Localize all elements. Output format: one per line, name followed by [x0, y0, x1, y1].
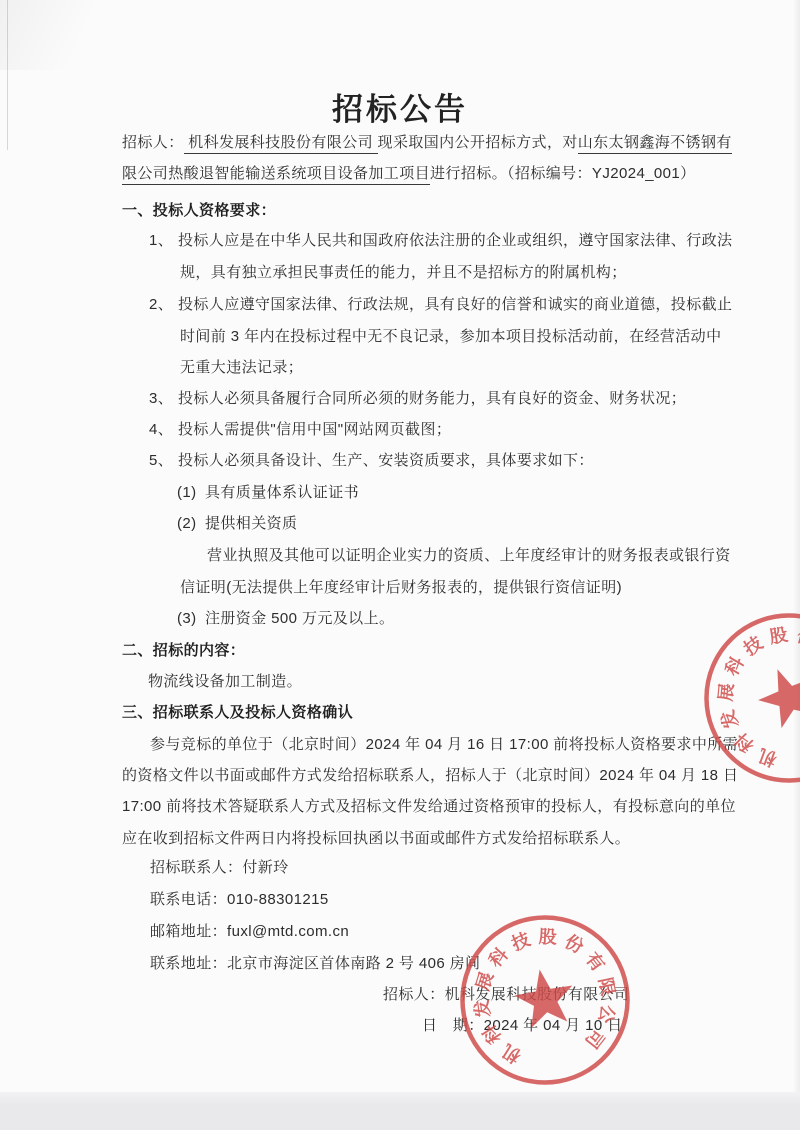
list-item-1-text: 投标人应是在中华人民共和国政府依法注册的企业或组织，遵守国家法律、行政法 — [178, 232, 732, 249]
list-item-4-number: 4、 — [149, 420, 178, 440]
svg-text:展: 展 — [715, 682, 737, 702]
scan-fold-shading — [0, 0, 150, 70]
svg-text:发: 发 — [716, 708, 742, 733]
sub-item-2: (2)提供相关资质 — [177, 514, 297, 534]
svg-text:股: 股 — [538, 927, 558, 948]
list-item-2-line-1: 2、投标人应遵守国家法律、行政法规，具有良好的信誉和诚实的商业道德，投标截止 — [149, 295, 732, 315]
sub-item-2-detail-line-1: 营业执照及其他可以证明企业实力的资质、上年度经审计的财务报表或银行资 — [207, 546, 731, 566]
contact-person-row: 招标联系人：付新玲 — [150, 858, 289, 878]
contact-phone-row: 联系电话：010-88301215 — [150, 890, 329, 910]
list-item-5-text: 投标人必须具备设计、生产、安装资质要求，具体要求如下： — [178, 452, 594, 469]
section-2-body: 物流线设备加工制造。 — [148, 672, 302, 692]
scanned-document-page: 招标公告 招标人： 机科发展科技股份有限公司 现采取国内公开招标方式，对山东太钢… — [0, 0, 800, 1130]
svg-text:有: 有 — [582, 948, 610, 975]
svg-text:份: 份 — [795, 624, 800, 649]
contact-email-value: fuxl@mtd.com.cn — [227, 923, 349, 940]
page-title: 招标公告 — [0, 84, 800, 129]
svg-text:公: 公 — [595, 1003, 619, 1025]
sub-item-3: (3)注册资金 500 万元及以上。 — [177, 609, 394, 629]
list-item-3-number: 3、 — [149, 389, 178, 409]
svg-text:科: 科 — [730, 728, 758, 756]
company-seal-right-icon: 机科发展科技股份有限公司 — [694, 603, 800, 793]
list-item-2-text: 投标人应遵守国家法律、行政法规，具有良好的信誉和诚实的商业道德，投标截止 — [178, 296, 732, 313]
contact-phone-value: 010-88301215 — [227, 891, 329, 908]
contact-email-label: 邮箱地址： — [150, 923, 227, 940]
sub-item-2-number: (2) — [177, 514, 205, 534]
svg-text:科: 科 — [721, 652, 749, 679]
list-item-4-line-1: 4、投标人需提供"信用中国"网站网页截图； — [149, 420, 451, 440]
list-item-5-line-1: 5、投标人必须具备设计、生产、安装资质要求，具体要求如下： — [149, 451, 594, 471]
section-3-para-line-1: 参与竞标的单位于（北京时间）2024 年 04 月 16 日 17:00 前将投… — [150, 735, 738, 755]
sub-item-1: (1)具有质量体系认证证书 — [177, 483, 359, 503]
list-item-2-line-3: 无重大违法记录； — [180, 358, 303, 378]
section-3-para-line-2: 的资格文件以书面或邮件方式发给招标联系人，招标人于（北京时间）2024 年 04… — [122, 766, 738, 786]
list-item-5-number: 5、 — [149, 451, 178, 471]
scan-right-shadow — [793, 0, 800, 1130]
svg-text:司: 司 — [581, 1026, 608, 1052]
sub-item-3-text: 注册资金 500 万元及以上。 — [205, 610, 394, 627]
list-item-2-number: 2、 — [149, 295, 178, 315]
sub-item-1-number: (1) — [177, 483, 205, 503]
list-item-1-line-1: 1、投标人应是在中华人民共和国政府依法注册的企业或组织，遵守国家法律、行政法 — [149, 231, 732, 251]
contact-address-label: 联系地址： — [150, 955, 227, 972]
section-heading-1: 一、投标人资格要求： — [122, 201, 276, 221]
contact-address-row: 联系地址：北京市海淀区首体南路 2 号 406 房间 — [150, 954, 480, 974]
section-3-para-line-4: 应在收到招标文件两日内将投标回执函以书面或邮件方式发给招标联系人。 — [122, 829, 630, 849]
contact-email-row: 邮箱地址：fuxl@mtd.com.cn — [150, 922, 349, 942]
section-heading-2: 二、招标的内容： — [122, 641, 245, 661]
svg-text:股: 股 — [768, 624, 790, 647]
list-item-2-line-2: 时间前 3 年内在投标过程中无不良记录，参加本项目投标活动前，在经营活动中 — [180, 327, 721, 347]
svg-text:科: 科 — [477, 1020, 505, 1047]
svg-text:机: 机 — [755, 745, 779, 771]
list-item-1-number: 1、 — [149, 231, 178, 251]
svg-text:机: 机 — [498, 1040, 524, 1067]
list-item-4-text: 投标人需提供"信用中国"网站网页截图； — [178, 421, 451, 438]
svg-text:份: 份 — [562, 930, 588, 957]
contact-phone-label: 联系电话： — [150, 891, 227, 908]
sub-item-2-text: 提供相关资质 — [205, 515, 297, 532]
sub-item-3-number: (3) — [177, 609, 205, 629]
sub-item-2-detail-line-2: 信证明(无法提供上年度经审计后财务报表的，提供银行资信证明) — [180, 578, 622, 598]
list-item-1-line-2: 规，具有独立承担民事责任的能力，并且不是招标方的附属机构； — [180, 263, 627, 283]
sub-item-1-text: 具有质量体系认证证书 — [205, 484, 359, 501]
svg-text:技: 技 — [739, 632, 767, 660]
svg-text:限: 限 — [595, 976, 618, 998]
svg-text:技: 技 — [507, 928, 533, 955]
svg-text:发: 发 — [470, 998, 493, 1020]
scan-bottom-edge — [0, 1092, 800, 1130]
contact-person-value: 付新玲 — [242, 859, 288, 876]
list-item-3-line-1: 3、投标人必须具备履行合同所必须的财务能力，具有良好的资金、财务状况； — [149, 389, 686, 409]
list-item-3-text: 投标人必须具备履行合同所必须的财务能力，具有良好的资金、财务状况； — [178, 390, 686, 407]
intro-line-1: 招标人： 机科发展科技股份有限公司 现采取国内公开招标方式，对山东太钢鑫海不锈钢… — [122, 133, 732, 153]
contact-address-value: 北京市海淀区首体南路 2 号 406 房间 — [227, 955, 480, 972]
contact-person-label: 招标联系人： — [150, 859, 242, 876]
svg-text:科: 科 — [484, 943, 512, 971]
section-heading-3: 三、招标联系人及投标人资格确认 — [122, 703, 353, 723]
intro-line-2: 限公司热酸退智能输送系统项目设备加工项目进行招标。（招标编号：YJ2024_00… — [122, 164, 696, 184]
company-seal-bottom-icon: 机科发展科技股份有限公司 — [450, 905, 640, 1095]
section-3-para-line-3: 17:00 前将技术答疑联系人方式及招标文件发给通过资格预审的投标人，有投标意向… — [122, 797, 736, 817]
svg-text:展: 展 — [473, 970, 497, 993]
